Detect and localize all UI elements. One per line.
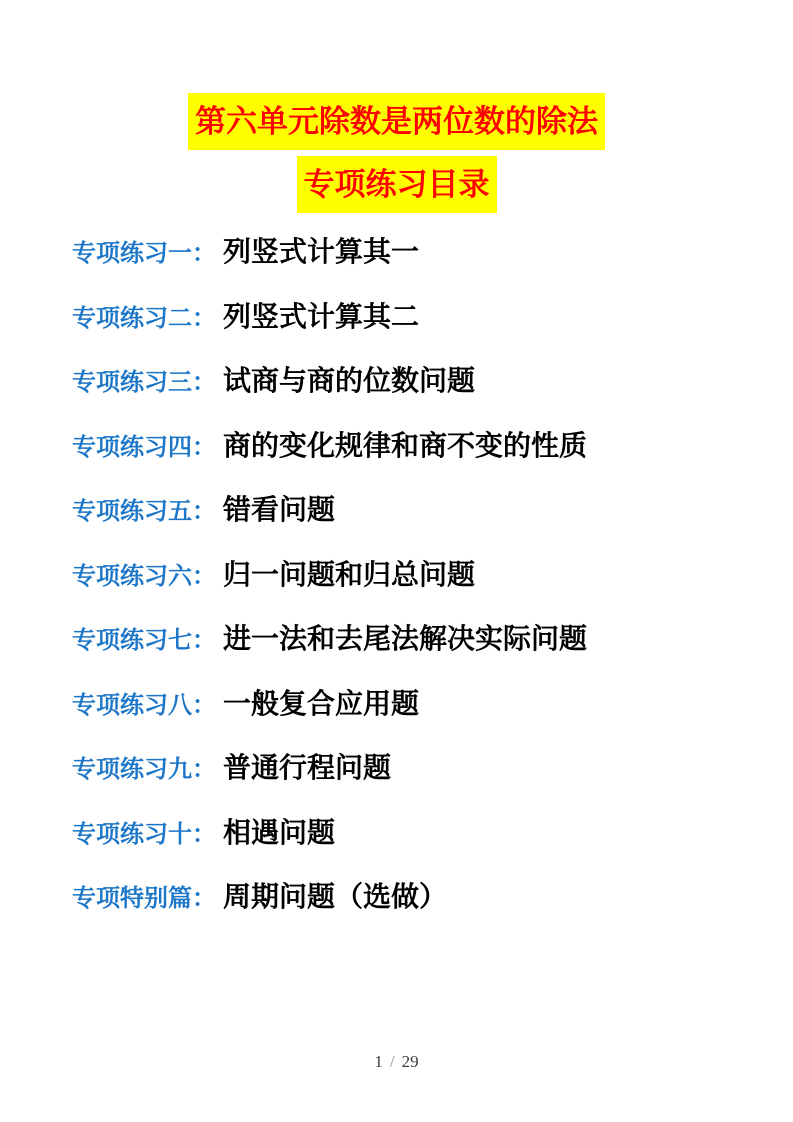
current-page-number: 1 <box>374 1052 383 1071</box>
toc-item: 专项练习四： 商的变化规律和商不变的性质 <box>72 431 793 462</box>
toc-item-text: 列竖式计算其一 <box>223 237 419 266</box>
title-row-1: 第六单元除数是两位数的除法 <box>0 93 793 150</box>
page-number-separator: / <box>390 1052 395 1071</box>
toc-item-text: 列竖式计算其二 <box>223 302 419 331</box>
toc-list: 专项练习一： 列竖式计算其一 专项练习二： 列竖式计算其二 专项练习三： 试商与… <box>0 237 793 913</box>
toc-item-label: 专项练习八： <box>72 691 216 720</box>
page-number: 1/29 <box>0 1052 793 1072</box>
toc-item: 专项练习十： 相遇问题 <box>72 818 793 849</box>
toc-item: 专项练习七： 进一法和去尾法解决实际问题 <box>72 624 793 655</box>
toc-item-label: 专项练习三： <box>72 368 216 397</box>
toc-item-text: 一般复合应用题 <box>223 689 419 718</box>
toc-item-label: 专项练习六： <box>72 562 216 591</box>
toc-item: 专项练习九： 普通行程问题 <box>72 753 793 784</box>
toc-item-label: 专项练习二： <box>72 304 216 333</box>
document-page: 第六单元除数是两位数的除法 专项练习目录 专项练习一： 列竖式计算其一 专项练习… <box>0 0 793 1122</box>
toc-item-label: 专项练习四： <box>72 433 216 462</box>
total-pages-number: 29 <box>402 1052 419 1071</box>
toc-item-text: 错看问题 <box>223 495 335 524</box>
toc-item: 专项练习八： 一般复合应用题 <box>72 689 793 720</box>
toc-item: 专项练习三： 试商与商的位数问题 <box>72 366 793 397</box>
toc-item-label: 专项练习九： <box>72 755 216 784</box>
toc-item-label: 专项练习十： <box>72 820 216 849</box>
toc-item-label: 专项练习七： <box>72 626 216 655</box>
toc-item-label: 专项练习一： <box>72 239 216 268</box>
toc-item-text: 周期问题（选做） <box>223 882 447 911</box>
title-block: 第六单元除数是两位数的除法 专项练习目录 <box>0 0 793 213</box>
toc-item-label: 专项练习五： <box>72 497 216 526</box>
title-line-2: 专项练习目录 <box>297 156 497 213</box>
toc-item-text: 归一问题和归总问题 <box>223 560 475 589</box>
toc-item: 专项练习一： 列竖式计算其一 <box>72 237 793 268</box>
toc-item: 专项练习二： 列竖式计算其二 <box>72 302 793 333</box>
toc-item-text: 普通行程问题 <box>223 753 391 782</box>
toc-item-text: 试商与商的位数问题 <box>223 366 475 395</box>
toc-item-label: 专项特别篇： <box>72 884 216 913</box>
toc-item-text: 相遇问题 <box>223 818 335 847</box>
title-row-2: 专项练习目录 <box>0 156 793 213</box>
toc-item-text: 商的变化规律和商不变的性质 <box>223 431 587 460</box>
toc-item-text: 进一法和去尾法解决实际问题 <box>223 624 587 653</box>
toc-item: 专项特别篇： 周期问题（选做） <box>72 882 793 913</box>
title-line-1: 第六单元除数是两位数的除法 <box>188 93 605 150</box>
toc-item: 专项练习五： 错看问题 <box>72 495 793 526</box>
toc-item: 专项练习六： 归一问题和归总问题 <box>72 560 793 591</box>
